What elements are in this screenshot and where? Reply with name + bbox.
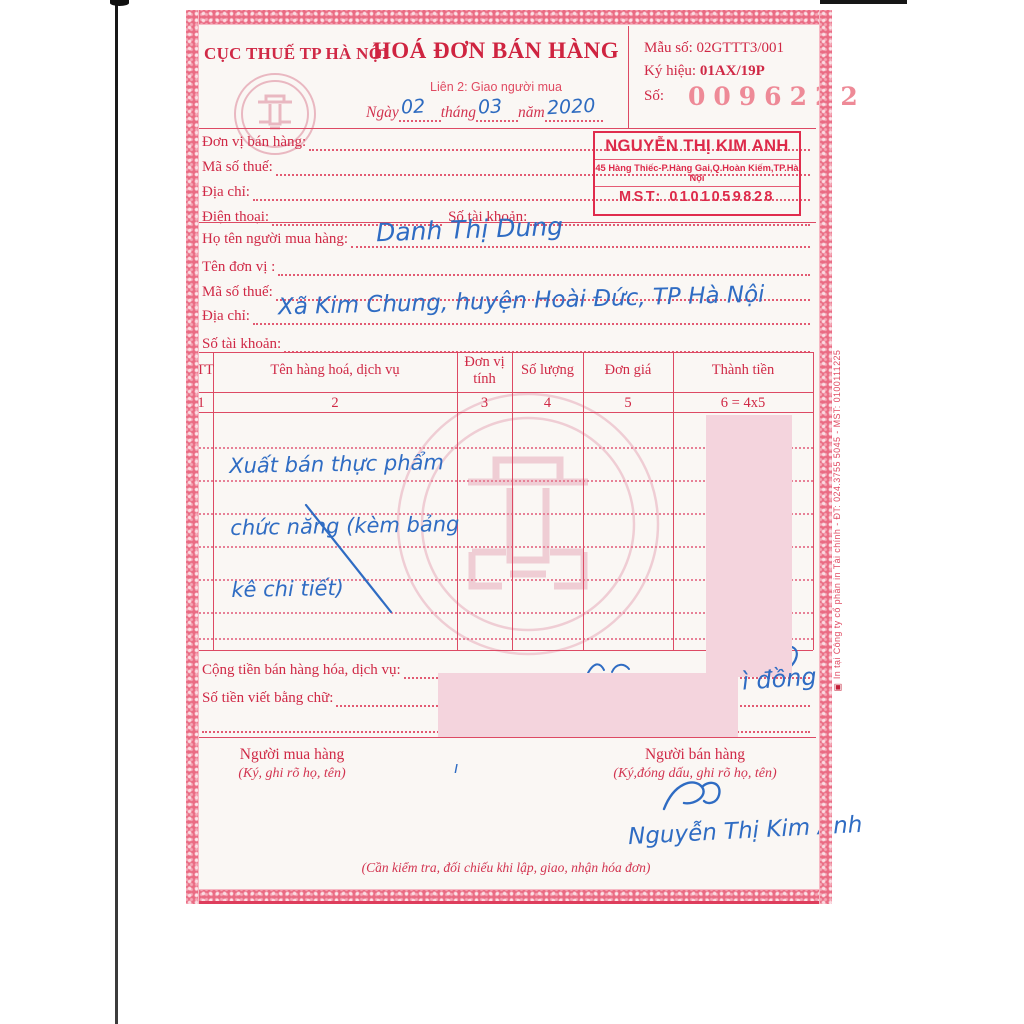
buyer-name-label: Họ tên người mua hàng: — [202, 231, 351, 248]
redaction-amount-column — [706, 415, 792, 677]
buyer-account-label: Số tài khoản: — [202, 336, 284, 353]
seller-phone-label: Điện thoại: — [202, 209, 272, 226]
date-prefix: Ngày — [366, 104, 399, 122]
stray-pen-mark: ı — [454, 758, 458, 777]
section-line-totals — [190, 737, 816, 738]
col-number-6: 6 = 4x5 — [673, 395, 813, 412]
printer-note-vertical: ▣ In tại Công ty cổ phần in Tài chính - … — [832, 322, 846, 692]
section-line-header — [190, 128, 816, 129]
seller-stamp-address: 45 Hàng Thiếc-P.Hàng Gai,Q.Hoàn Kiếm,TP.… — [595, 159, 799, 183]
date-line: Ngày02tháng03năm2020 — [366, 104, 646, 122]
seller-tax-label: Mã số thuế: — [202, 159, 276, 176]
seller-stamp: NGUYỄN THỊ KIM ANH 45 Hàng Thiếc-P.Hàng … — [593, 131, 801, 216]
lace-border-top — [186, 10, 832, 25]
year-label: năm — [518, 104, 545, 122]
date-month-handwriting: 03 — [477, 95, 502, 118]
col-header-price: Đơn giá — [583, 362, 673, 379]
col-header-qty: Số lượng — [512, 362, 583, 379]
crossout-stroke-handwriting — [296, 500, 406, 620]
buyer-account-row: Số tài khoản: — [202, 336, 810, 353]
scanner-top-bar — [820, 0, 907, 4]
date-year-handwriting: 2020 — [546, 95, 595, 120]
amount-words-label: Số tiền viết bằng chữ: — [202, 690, 336, 707]
scanner-edge-blob — [110, 0, 129, 6]
buyer-tax-label: Mã số thuế: — [202, 284, 276, 301]
seller-signature-scribble — [656, 775, 736, 820]
seller-address-label: Địa chỉ: — [202, 184, 253, 201]
seller-signature-title: Người bán hàng — [615, 746, 775, 764]
seller-unit-label: Đơn vị bán hàng: — [202, 134, 309, 151]
col-number-2: 2 — [213, 395, 457, 412]
lace-border-left — [186, 10, 199, 904]
invoice-number-value: 0096222 — [688, 82, 866, 111]
col-number-4: 4 — [512, 395, 583, 412]
lace-border-bottom — [186, 889, 832, 904]
month-label: tháng — [441, 104, 476, 122]
scanner-edge-line — [115, 0, 118, 1024]
col-header-item: Tên hàng hoá, dịch vụ — [213, 362, 457, 379]
redaction-amount-words — [438, 673, 738, 737]
seller-stamp-name: NGUYỄN THỊ KIM ANH — [595, 133, 799, 156]
col-header-unit: Đơn vị tính — [457, 354, 512, 388]
buyer-address-label: Địa chỉ: — [202, 308, 253, 325]
lace-border-right — [819, 10, 832, 904]
date-day-handwriting: 02 — [400, 95, 425, 118]
verification-note: (Cần kiểm tra, đối chiếu khi lập, giao, … — [246, 860, 766, 876]
serial-number: Ký hiệu: 01AX/19P — [644, 63, 765, 80]
buyer-unit-label: Tên đơn vị : — [202, 259, 278, 276]
scanned-page: CỤC THUẾ TP HÀ NỘI HOÁ ĐƠN BÁN HÀNG Liên… — [0, 0, 1024, 1024]
seller-stamp-mst: MST: 0101059828 — [595, 186, 799, 205]
buyer-unit-row: Tên đơn vị : — [202, 259, 810, 276]
col-number-5: 5 — [583, 395, 673, 412]
total-amount-label: Cộng tiền bán hàng hóa, dịch vụ: — [202, 662, 404, 679]
col-number-3: 3 — [457, 395, 512, 412]
printer-note-text: In tại Công ty cổ phần in Tài chính - ĐT… — [832, 350, 842, 679]
printer-icon: ▣ — [832, 682, 842, 692]
invoice-title: HOÁ ĐƠN BÁN HÀNG — [346, 38, 646, 64]
buyer-signature-note: (Ký, ghi rõ họ, tên) — [212, 766, 372, 782]
amount-words-fragment-handwriting: ì đồng — [741, 662, 817, 695]
buyer-signature-title: Người mua hàng — [212, 746, 372, 764]
col-header-amount: Thành tiền — [673, 362, 813, 379]
invoice-number-label: Số: — [644, 88, 664, 105]
invoice-sheet: CỤC THUẾ TP HÀ NỘI HOÁ ĐƠN BÁN HÀNG Liên… — [186, 10, 832, 904]
form-number: Mẫu số: 02GTTT3/001 — [644, 40, 784, 57]
copy-note: Liên 2: Giao người mua — [346, 80, 646, 94]
